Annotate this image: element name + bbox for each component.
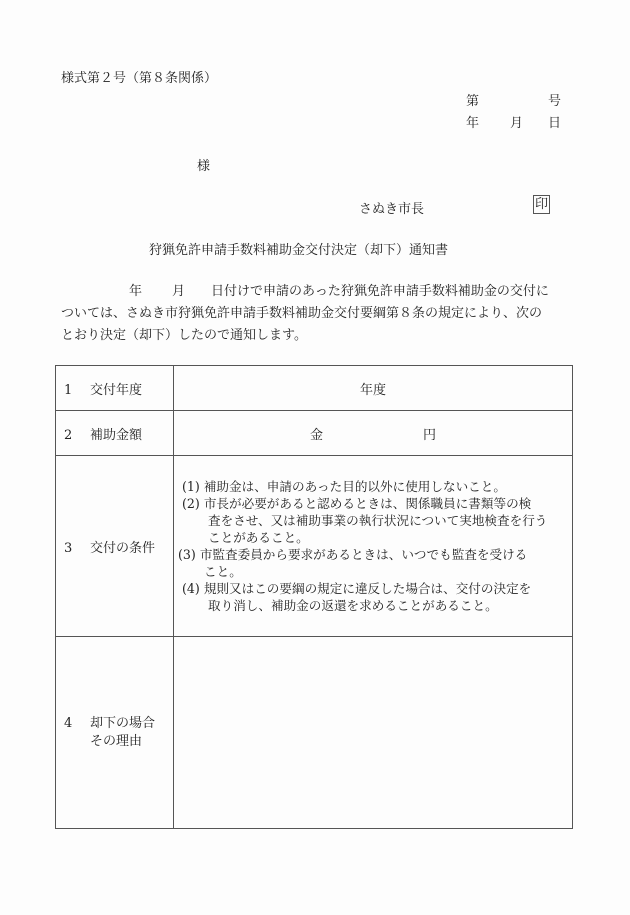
- condition-continuation: こと。: [178, 563, 566, 580]
- row-label: 3交付の条件: [56, 456, 174, 637]
- conditions-list: (1) 補助金は、申請のあった目的以外に使用しないこと。 (2) 市長が必要があ…: [174, 474, 572, 618]
- body-month: 月: [172, 284, 185, 299]
- fiscal-year-cell: 年度: [174, 366, 573, 411]
- row-label: 1交付年度: [56, 366, 174, 411]
- body-line-1-text: 日付けで申請のあった狩猟免許申請手数料補助金の交付に: [211, 284, 549, 299]
- amount-cell: 金円: [174, 411, 573, 456]
- condition-continuation: 取り消し、補助金の返還を求めることがあること。: [182, 597, 566, 614]
- amount-suffix: 円: [423, 428, 436, 443]
- condition-continuation: ことがあること。: [182, 529, 566, 546]
- body-line-2: ついては、さぬき市狩猟免許申請手数料補助金交付要綱第８条の規定により、次の: [61, 303, 571, 325]
- row-label: 2補助金額: [56, 411, 174, 456]
- condition-item: (3) 市監査委員から要求があるときは、いつでも監査を受けること。: [178, 546, 566, 580]
- date-month-label: 月: [510, 112, 523, 131]
- row-number: 3: [56, 541, 90, 556]
- document-number-prefix: 第: [466, 90, 479, 109]
- issuer-name: さぬき市長: [359, 198, 424, 217]
- notice-body: 年月日付けで申請のあった狩猟免許申請手数料補助金の交付に ついては、さぬき市狩猟…: [61, 281, 571, 347]
- table-row: 1交付年度 年度: [56, 366, 573, 411]
- rejection-reason-cell: [174, 637, 573, 829]
- condition-text: (4) 規則又はこの要綱の規定に違反した場合は、交付の決定を: [182, 581, 531, 596]
- document-title: 狩猟免許申請手数料補助金交付決定（却下）通知書: [149, 239, 448, 258]
- body-line-3: とおり決定（却下）したので通知します。: [61, 325, 571, 347]
- row-label-text: 交付年度: [90, 383, 142, 398]
- condition-item: (4) 規則又はこの要綱の規定に違反した場合は、交付の決定を取り消し、補助金の返…: [182, 580, 566, 614]
- row-label-text: 交付の条件: [90, 541, 155, 556]
- document-number-suffix: 号: [548, 90, 561, 109]
- row-label-text: 補助金額: [90, 428, 142, 443]
- date-year-label: 年: [466, 112, 479, 131]
- recipient-honorific: 様: [197, 155, 210, 174]
- body-line-1: 年月日付けで申請のあった狩猟免許申請手数料補助金の交付に: [61, 281, 571, 303]
- table-row: 3交付の条件 (1) 補助金は、申請のあった目的以外に使用しないこと。 (2) …: [56, 456, 573, 637]
- row-number: 1: [56, 383, 90, 398]
- condition-continuation: 査をさせ、又は補助事業の執行状況について実地検査を行う: [182, 512, 566, 529]
- condition-item: (2) 市長が必要があると認めるときは、関係職員に書類等の検査をさせ、又は補助事…: [182, 495, 566, 546]
- table-row: 2補助金額 金円: [56, 411, 573, 456]
- row-label-text: 却下の場合: [90, 716, 155, 731]
- form-number: 様式第２号（第８条関係）: [61, 67, 217, 86]
- table-row: 4却下の場合その理由: [56, 637, 573, 829]
- fiscal-year-label: 年度: [360, 383, 386, 398]
- row-number: 2: [56, 428, 90, 443]
- seal-mark: 印: [533, 195, 550, 214]
- conditions-cell: (1) 補助金は、申請のあった目的以外に使用しないこと。 (2) 市長が必要があ…: [174, 456, 573, 637]
- date-day-label: 日: [548, 112, 561, 131]
- amount-prefix: 金: [310, 428, 323, 443]
- condition-text: (1) 補助金は、申請のあった目的以外に使用しないこと。: [182, 479, 506, 494]
- condition-item: (1) 補助金は、申請のあった目的以外に使用しないこと。: [182, 478, 566, 495]
- condition-text: (3) 市監査委員から要求があるときは、いつでも監査を受ける: [178, 547, 527, 562]
- row-number: 4: [56, 715, 90, 733]
- condition-text: (2) 市長が必要があると認めるときは、関係職員に書類等の検: [182, 496, 531, 511]
- row-label: 4却下の場合その理由: [56, 637, 174, 829]
- decision-table: 1交付年度 年度 2補助金額 金円 3交付の条件 (1) 補助金は、申請のあった…: [55, 365, 573, 829]
- body-year: 年: [129, 284, 142, 299]
- row-label-text-line-2: その理由: [56, 733, 173, 751]
